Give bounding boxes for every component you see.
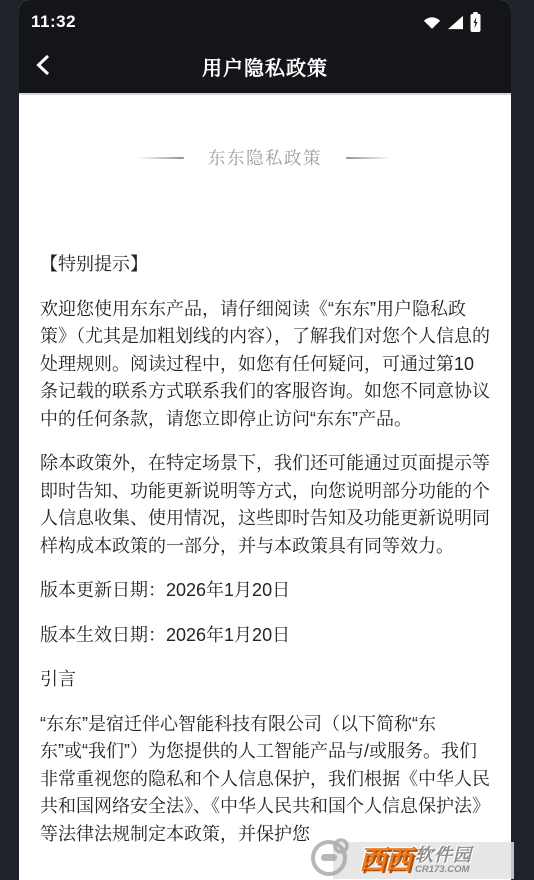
watermark-brand-primary: 西西 bbox=[359, 847, 411, 874]
watermark-brand-secondary: 软件园 bbox=[415, 846, 472, 864]
watermark-domain: CR173.COM bbox=[415, 865, 472, 875]
title-decor-line-right bbox=[346, 157, 392, 159]
site-watermark: 西西 软件园 CR173.COM bbox=[333, 842, 514, 879]
top-bar: 11:32 bbox=[19, 0, 511, 93]
policy-scroll-area[interactable]: 东东隐私政策 【特别提示】 欢迎您使用东东产品，请仔细阅读《“东东”用户隐私政策… bbox=[19, 95, 511, 880]
phone-screen: 11:32 bbox=[19, 0, 511, 880]
policy-paragraph: 【特别提示】 bbox=[40, 251, 490, 279]
watermark-brand-secondary-block: 软件园 CR173.COM bbox=[415, 846, 472, 875]
chevron-left-icon bbox=[33, 52, 55, 81]
policy-paragraph: 引言 bbox=[40, 666, 490, 694]
document-title: 东东隐私政策 bbox=[208, 145, 322, 170]
policy-paragraph: “东东”是宿迁伴心智能科技有限公司（以下简称“东东”或“我们”）为您提供的人工智… bbox=[40, 711, 490, 849]
policy-paragraph: 欢迎您使用东东产品，请仔细阅读《“东东”用户隐私政策》（尤其是加粗划线的内容），… bbox=[40, 296, 490, 434]
policy-paragraph: 版本更新日期：2026年1月20日 bbox=[40, 577, 490, 605]
page-title: 用户隐私政策 bbox=[19, 52, 511, 81]
app-bar: 用户隐私政策 bbox=[19, 40, 511, 93]
signal-icon bbox=[447, 15, 464, 30]
document-title-row: 东东隐私政策 bbox=[40, 145, 490, 170]
policy-paragraph: 版本生效日期：2026年1月20日 bbox=[40, 622, 490, 650]
status-time: 11:32 bbox=[31, 12, 76, 32]
status-bar: 11:32 bbox=[19, 0, 511, 40]
mascot-icon bbox=[307, 834, 355, 880]
policy-paragraph: 除本政策外，在特定场景下，我们还可能通过页面提示等即时告知、功能更新说明等方式，… bbox=[40, 450, 490, 560]
wifi-icon bbox=[423, 15, 441, 30]
battery-icon bbox=[470, 12, 481, 32]
status-icons bbox=[423, 12, 481, 32]
title-decor-line-left bbox=[138, 157, 184, 159]
back-button[interactable] bbox=[33, 50, 67, 84]
